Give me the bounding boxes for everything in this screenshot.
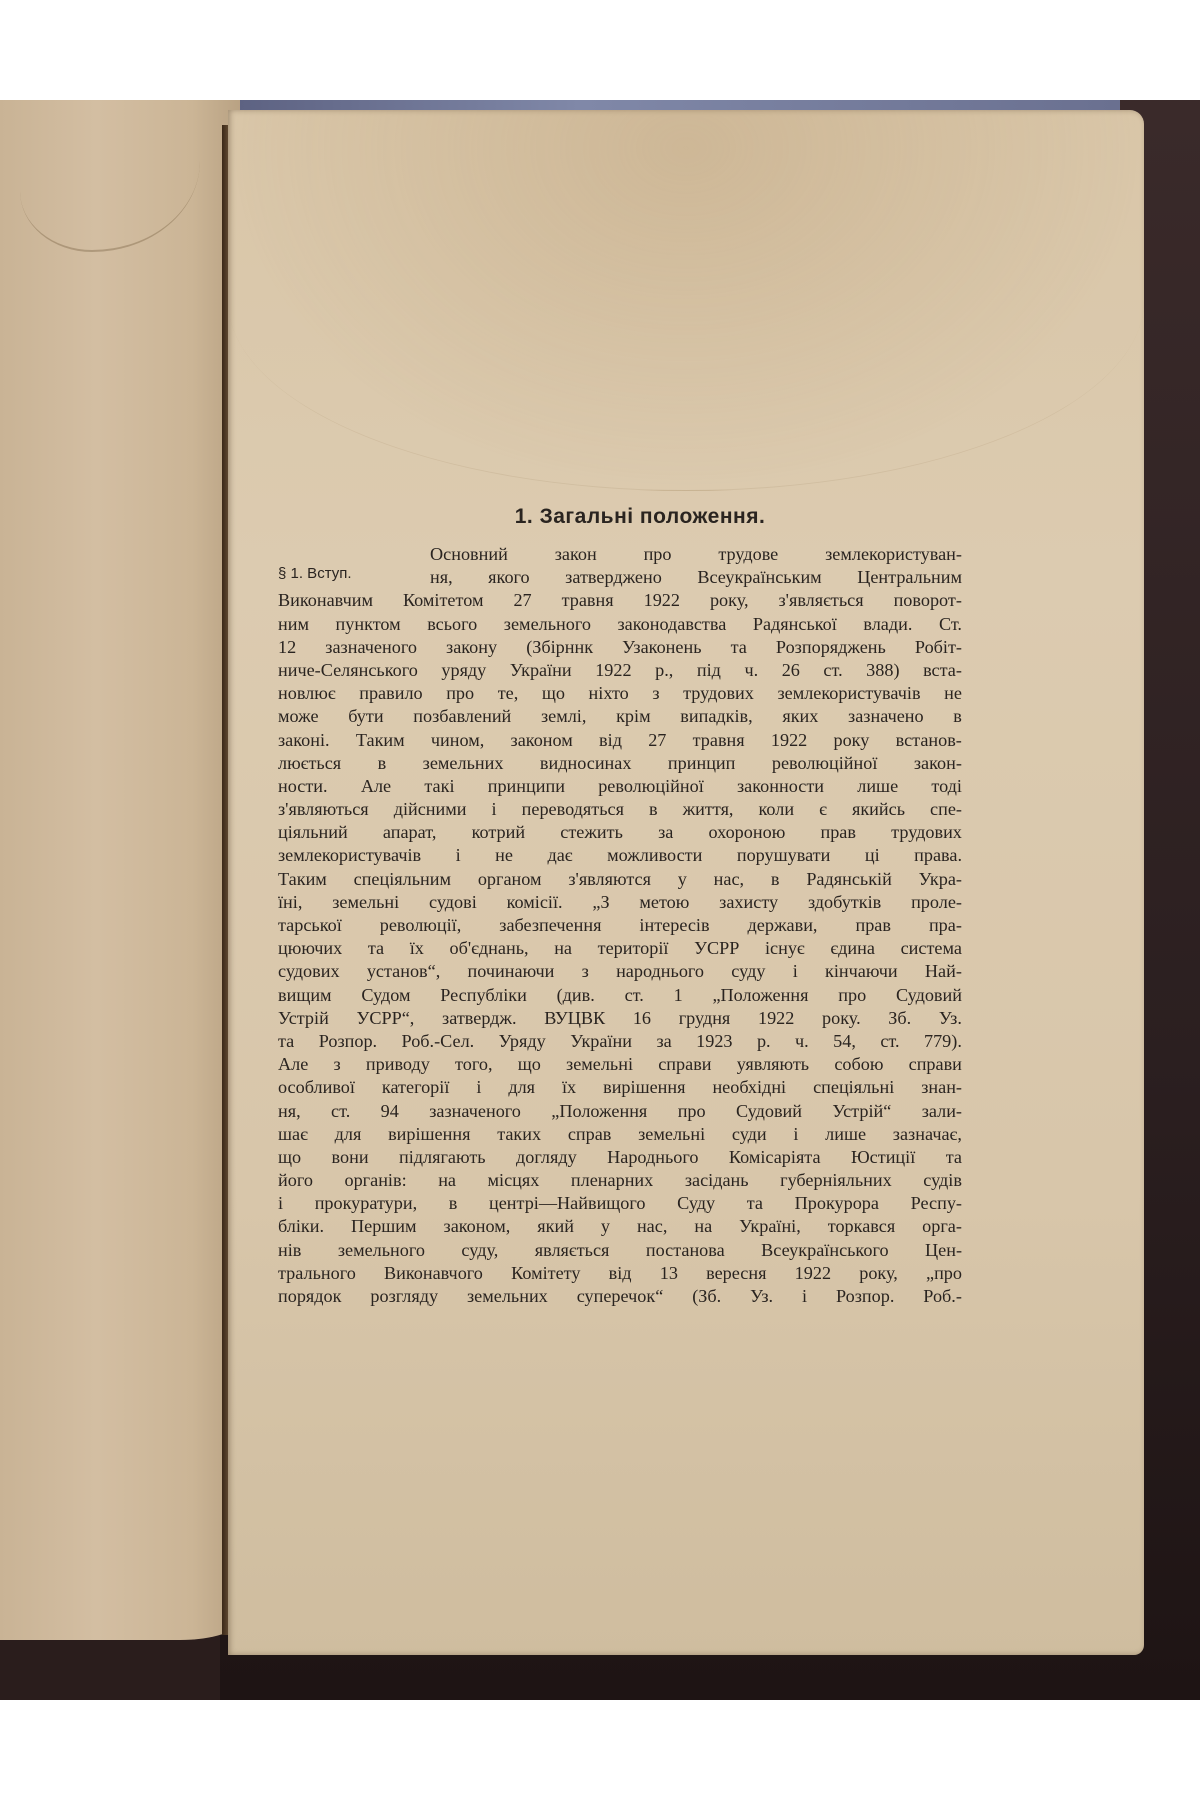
word: Уряду [499, 1030, 546, 1053]
word: його [278, 1169, 313, 1192]
word: яких [782, 705, 818, 728]
word: ня, [430, 566, 453, 589]
word: собою [834, 1053, 883, 1076]
word: 1922 [758, 1007, 794, 1030]
word: лише [825, 1123, 866, 1146]
text-line: ВиконавчимКомітетом27травня1922року,з'яв… [278, 589, 962, 612]
text-lines: Основнийзаконпротрудовеземлекористуван-н… [278, 543, 962, 1308]
word: справ [568, 1123, 612, 1146]
word: Центральним [857, 566, 962, 589]
word: Прокурора [795, 1192, 879, 1215]
word: закон [555, 543, 597, 566]
word: тоді [931, 775, 962, 798]
word: про [838, 984, 866, 1007]
word: року [833, 729, 869, 752]
text-line: ня,якогозатвердженоВсеукраїнськимЦентрал… [430, 566, 962, 589]
text-line: вищимСудомРеспубліки(див.ст.1„Положенняп… [278, 984, 962, 1007]
word: Народнього [607, 1146, 698, 1169]
word: є [819, 798, 827, 821]
word: Юстиції [851, 1146, 915, 1169]
text-line: таРозпор.Роб.-Сел.УрядуУкраїниза1923р.ч.… [278, 1030, 962, 1053]
word: вони [332, 1146, 369, 1169]
word: спеціяльні [813, 1076, 894, 1099]
word: революції, [380, 914, 462, 937]
word: земельного [338, 1239, 425, 1262]
word: затвердж. [442, 1007, 517, 1030]
word: 1923 [696, 1030, 732, 1053]
word: Радянської [753, 613, 837, 636]
word: порядок [278, 1285, 341, 1308]
word: Всеукраїнським [697, 566, 821, 589]
word: та [747, 1192, 763, 1215]
text-line: ниче-СелянськогоурядуУкраїни1922р.,підч.… [278, 659, 962, 682]
word: ниче-Селянського [278, 659, 418, 682]
word: 1922 [595, 659, 631, 682]
word: Таким [278, 868, 327, 891]
word: України [510, 659, 572, 682]
word: судові [429, 891, 477, 914]
word: захисту [719, 891, 778, 914]
word: року, [710, 589, 749, 612]
word: особливої [278, 1076, 355, 1099]
word: Узаконень [622, 636, 701, 659]
word: УСРР [694, 937, 739, 960]
word: у [601, 1215, 610, 1238]
paragraph: § 1. Вступ. Основнийзаконпротрудовеземле… [278, 543, 962, 1308]
word: уявляють [737, 1053, 809, 1076]
word: Республіки [440, 984, 527, 1007]
word: їх [562, 1076, 576, 1099]
word: Роб.-Сел. [402, 1030, 475, 1053]
word: Суду [677, 1192, 715, 1215]
word: якого [488, 566, 529, 589]
word: Основний [430, 543, 508, 566]
word: видносинах [540, 752, 632, 775]
word: суду, [461, 1239, 498, 1262]
word: Робіт- [915, 636, 962, 659]
text-line: ня,ст.94зазначеного„ПоложенняпроСудовийУ… [278, 1100, 962, 1123]
word: зазначеного [325, 636, 417, 659]
word: революційної [772, 752, 878, 775]
word: який [537, 1215, 574, 1238]
word: ВУЦВК [544, 1007, 605, 1030]
word: знан- [921, 1076, 962, 1099]
text-line: 12зазначеногозакону(ЗбірннкУзаконеньтаРо… [278, 636, 962, 659]
word: земельні [638, 1123, 705, 1146]
word: Україні, [739, 1215, 801, 1238]
word: з [652, 682, 659, 705]
word: необхідні [712, 1076, 786, 1099]
word: Устрій [278, 1007, 329, 1030]
word: ч. [795, 1030, 809, 1053]
word: „З [592, 891, 609, 914]
word: ст. [625, 984, 644, 1007]
word: трального [278, 1262, 356, 1285]
word: являється [535, 1239, 610, 1262]
word: під [697, 659, 721, 682]
word: існує [765, 937, 805, 960]
word: земельні [566, 1053, 633, 1076]
right-page: 1. Загальні положення. § 1. Вступ. Основ… [228, 110, 1144, 1655]
text-line: тральногоВиконавчогоКомітетувід13вересня… [278, 1262, 962, 1285]
word: та [278, 1030, 294, 1053]
word: р. [757, 1030, 771, 1053]
section-heading: 1. Загальні положення. [318, 505, 962, 529]
word: нів [278, 1239, 301, 1262]
word: 94 [381, 1100, 399, 1123]
word: якийсь [852, 798, 905, 821]
word: шає [278, 1123, 308, 1146]
word: ст. [823, 659, 842, 682]
text-line: цюючихтаїхоб'єднань,натериторіїУСРРіснує… [278, 937, 962, 960]
word: „Положення [551, 1100, 647, 1123]
word: що [278, 1146, 301, 1169]
photo-background: 1. Загальні положення. § 1. Вступ. Основ… [0, 100, 1200, 1700]
text-line: особливоїкатегоріїідляїхвирішеннянеобхід… [278, 1076, 962, 1099]
word: здобутків [808, 891, 881, 914]
word: починаючи [468, 960, 555, 983]
word: Виконавчого [384, 1262, 483, 1285]
word: ня, [278, 1100, 301, 1123]
text-line: шаєдлявирішеннятакихсправземельнісудиіли… [278, 1123, 962, 1146]
word: 1 [674, 984, 683, 1007]
word: центрі—Найвищого [489, 1192, 646, 1215]
word: 13 [660, 1262, 678, 1285]
text-line: люєтьсявземельнихвидносинахпринципреволю… [278, 752, 962, 775]
word: орга- [922, 1215, 962, 1238]
word: закону [446, 636, 497, 659]
word: може [278, 705, 319, 728]
word: випадків, [680, 705, 752, 728]
word: Уз. [939, 1007, 962, 1030]
word: дійсними [394, 798, 467, 821]
word: дає [547, 844, 572, 867]
text-line: тарськоїреволюції,забезпеченняінтересівд… [278, 914, 962, 937]
word: УСРР“, [357, 1007, 415, 1030]
word: землекористуван- [825, 543, 962, 566]
word: спеціяльним [354, 868, 451, 891]
word: вересня [706, 1262, 766, 1285]
word: в [771, 868, 780, 891]
word: метою [639, 891, 689, 914]
word: засідань [685, 1169, 749, 1192]
word: законі. [278, 729, 330, 752]
word: у [678, 868, 687, 891]
word: те, [498, 682, 519, 705]
word: Таким [356, 729, 405, 752]
word: цюючих [278, 937, 342, 960]
word: Але [278, 1053, 308, 1076]
word: Комітету [511, 1262, 580, 1285]
word: прав [820, 821, 856, 844]
text-line: новлюєправилопроте,щоніхтозтрудовихземле… [278, 682, 962, 705]
word: ці [865, 844, 880, 867]
word: приводу [366, 1053, 430, 1076]
word: ним [278, 613, 309, 636]
word: земельного [504, 613, 591, 636]
word: того, [455, 1053, 492, 1076]
word: розгляду [370, 1285, 438, 1308]
word: Зб. [888, 1007, 911, 1030]
word: 16 [633, 1007, 651, 1030]
word: Розпор. [319, 1030, 377, 1053]
word: ст. [331, 1100, 350, 1123]
word: (Зб. [692, 1285, 721, 1308]
word: 27 [648, 729, 666, 752]
text-line: можебутипозбавленийземлі,крімвипадків,як… [278, 705, 962, 728]
word: вирішення [603, 1076, 685, 1099]
word: Най- [925, 960, 962, 983]
word: суди [732, 1123, 767, 1146]
word: зазначає, [893, 1123, 962, 1146]
text-line: нівземельногосуду,являєтьсяпостановаВсеу… [278, 1239, 962, 1262]
word: Судовий [896, 984, 962, 1007]
word: і [793, 960, 798, 983]
word: про [678, 1100, 706, 1123]
word: Цен- [925, 1239, 962, 1262]
word: новлює [278, 682, 336, 705]
word: території [598, 937, 669, 960]
word: Розпоряджень [776, 636, 886, 659]
word: р., [655, 659, 673, 682]
word: бліки. [278, 1215, 324, 1238]
word: в [378, 752, 387, 775]
word: Укра- [919, 868, 962, 891]
word: законом, [444, 1215, 511, 1238]
text-line: ціяльнийапарат,котрийстежитьзаохороноюпр… [278, 821, 962, 844]
word: Уз. [750, 1285, 773, 1308]
word: встанов- [896, 729, 962, 752]
word: Але [361, 775, 391, 798]
text-line: Алезприводутого,щоземельнісправиуявляють… [278, 1053, 962, 1076]
word: трудових [683, 682, 754, 705]
word: та [368, 937, 384, 960]
text-line: Такимспеціяльниморганомз'являютсяунас,вР… [278, 868, 962, 891]
word: порушувати [737, 844, 831, 867]
word: пра- [929, 914, 962, 937]
word: і [802, 1285, 807, 1308]
word: затверджено [565, 566, 662, 589]
word: принципи [488, 775, 565, 798]
word: принцип [668, 752, 736, 775]
word: нас, [637, 1215, 667, 1238]
word: Радянській [806, 868, 892, 891]
word: 1922 [771, 729, 807, 752]
water-stain [20, 100, 200, 252]
word: Першим [351, 1215, 417, 1238]
word: в [449, 1192, 458, 1215]
word: з'являється [779, 589, 864, 612]
word: за [658, 821, 673, 844]
word: справи [909, 1053, 962, 1076]
text-line: землекористувачівінедаєможливостипорушув… [278, 844, 962, 867]
text-line: судовихустанов“,починаючизнародньогосуду… [278, 960, 962, 983]
text-line: з'являютьсядійснимиіпереводятьсявжиття,к… [278, 798, 962, 821]
word: 12 [278, 636, 296, 659]
word: 27 [513, 589, 531, 612]
word: травня [562, 589, 614, 612]
word: земельних [467, 1285, 548, 1308]
word: грудня [679, 1007, 731, 1030]
word: догляду [516, 1146, 577, 1169]
word: з'являються [278, 798, 369, 821]
word: травня [693, 729, 745, 752]
word: 388) [866, 659, 899, 682]
word: з [334, 1053, 341, 1076]
word: Респу- [911, 1192, 962, 1215]
text-line: законі.Такимчином,закономвід27травня1922… [278, 729, 962, 752]
word: та [946, 1146, 962, 1169]
word: року. [822, 1007, 861, 1030]
word: можливости [607, 844, 702, 867]
word: ніхто [589, 682, 629, 705]
word: люється [278, 752, 341, 775]
word: 779). [924, 1030, 962, 1053]
word: з [582, 960, 589, 983]
word: влади. [863, 613, 912, 636]
word: суперечок“ [577, 1285, 664, 1308]
word: що [518, 1053, 541, 1076]
word: в [953, 705, 962, 728]
word: охороною [709, 821, 786, 844]
word: прокуратури, [315, 1192, 417, 1215]
word: таких [497, 1123, 541, 1146]
word: держави, [748, 914, 818, 937]
word: ч. [744, 659, 758, 682]
word: стежить [560, 821, 623, 844]
word: землекористувачів [278, 844, 421, 867]
text-line: нимпунктомвсьогоземельногозаконодавстваР… [278, 613, 962, 636]
word: зали- [922, 1100, 962, 1123]
text-line: їні,земельнісудовікомісії.„Зметоюзахисту… [278, 891, 962, 914]
word: органів: [344, 1169, 406, 1192]
word: року, [859, 1262, 898, 1285]
text-line: УстрійУСРР“,затвердж.ВУЦВК16грудня1922ро… [278, 1007, 962, 1030]
word: такі [424, 775, 454, 798]
text-line: Основнийзаконпротрудовеземлекористуван- [430, 543, 962, 566]
word: переводяться [522, 798, 624, 821]
word: Всеукраїнського [761, 1239, 888, 1262]
word: позбавлений [413, 705, 511, 728]
word: про [644, 543, 672, 566]
word: та [731, 636, 747, 659]
word: категорії [382, 1076, 449, 1099]
word: „Положення [712, 984, 808, 1007]
word: зазначено [848, 705, 924, 728]
word: лише [857, 775, 898, 798]
word: уряду [441, 659, 486, 682]
word: постанова [646, 1239, 725, 1262]
word: вста- [923, 659, 962, 682]
word: життя, [683, 798, 734, 821]
word: Комісаріята [729, 1146, 821, 1169]
word: суду [731, 960, 765, 983]
word: для [335, 1123, 362, 1146]
word: інтересів [639, 914, 709, 937]
word: України [570, 1030, 632, 1053]
text-line: ности.Алетакіпринципиреволюційноїзаконно… [278, 775, 962, 798]
word: коли [759, 798, 795, 821]
word: система [901, 937, 962, 960]
word: об'єднань, [449, 937, 528, 960]
word: апарат, [383, 821, 436, 844]
text-line: іпрокуратури,вцентрі—НайвищогоСудутаПрок… [278, 1192, 962, 1215]
word: на [554, 937, 572, 960]
word: і [278, 1192, 283, 1215]
word: комісії. [507, 891, 563, 914]
word: торкався [828, 1215, 895, 1238]
word: землі, [541, 705, 586, 728]
word: (див. [557, 984, 595, 1007]
text-line: порядокрозглядуземельнихсуперечок“(Зб.Уз… [278, 1285, 962, 1308]
word: від [609, 1262, 632, 1285]
word: права. [914, 844, 962, 867]
word: для [508, 1076, 535, 1099]
word: землекористувачів [777, 682, 920, 705]
word: бути [348, 705, 383, 728]
word: Розпор. [836, 1285, 894, 1308]
word: від [599, 729, 622, 752]
word: їх [410, 937, 424, 960]
word: 1922 [644, 589, 680, 612]
word: єдина [830, 937, 875, 960]
text-line: щовонипідлягаютьдоглядуНародньогоКомісар… [278, 1146, 962, 1169]
word: всього [427, 613, 477, 636]
word: ціяльний [278, 821, 348, 844]
word: Роб.- [923, 1285, 962, 1308]
word: трудових [891, 821, 962, 844]
left-page [0, 100, 240, 1640]
word: правило [359, 682, 422, 705]
water-stain [228, 110, 1144, 491]
word: „про [926, 1262, 962, 1285]
word: справи [658, 1053, 711, 1076]
word: 54, [833, 1030, 856, 1053]
word: не [944, 682, 962, 705]
word: Ст. [939, 613, 962, 636]
word: органом [478, 868, 542, 891]
word: трудове [718, 543, 778, 566]
word: з'являются [568, 868, 651, 891]
word: судів [923, 1169, 962, 1192]
word: забезпечення [499, 914, 601, 937]
word: за [656, 1030, 671, 1053]
word: Комітетом [403, 589, 484, 612]
word: і [793, 1123, 798, 1146]
word: земельні [332, 891, 399, 914]
word: поворот- [894, 589, 962, 612]
word: їні, [278, 891, 302, 914]
word: 1922 [795, 1262, 831, 1285]
word: прав [855, 914, 891, 937]
word: (Збірннк [526, 636, 593, 659]
word: тарської [278, 914, 342, 937]
word: вищим [278, 984, 332, 1007]
word: 26 [782, 659, 800, 682]
word: Судом [361, 984, 410, 1007]
word: ности. [278, 775, 328, 798]
word: Устрій“ [832, 1100, 891, 1123]
word: народнього [616, 960, 704, 983]
word: і [456, 844, 461, 867]
text-line: бліки.Першимзаконом,якийунас,наУкраїні,т… [278, 1215, 962, 1238]
word: котрий [472, 821, 526, 844]
word: вирішення [388, 1123, 470, 1146]
word: не [495, 844, 513, 867]
word: підлягають [399, 1146, 486, 1169]
word: і [476, 1076, 481, 1099]
word: нас, [714, 868, 744, 891]
